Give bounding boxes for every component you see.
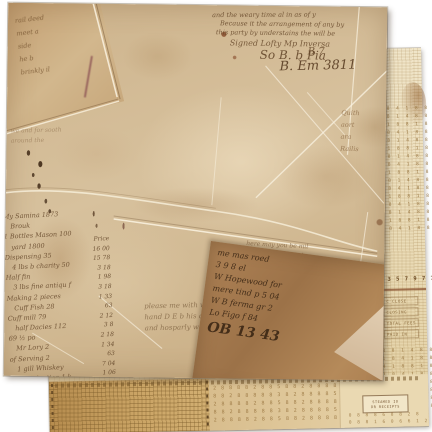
digit-row: 8 8 1 4 8 8 4 1 bbox=[379, 177, 432, 183]
script-line: Because it the arrangement of any by bbox=[220, 19, 344, 29]
ledger-line: Brouk bbox=[4, 220, 72, 231]
stamp-box-line: STEAMED IO bbox=[372, 399, 398, 404]
script-line: aort bbox=[341, 121, 360, 130]
script-line: around the bbox=[11, 136, 62, 144]
ledger-line: 1 gill Whiskey bbox=[10, 362, 78, 373]
back-sheet-bottom-strip: 2 8 8 8 8 2 8 8 5 8 8 2 8 8 8 8 5 8 8 8 … bbox=[49, 374, 428, 432]
ledger-handwriting-block: My Samina 1873 Brouk 1 Bottles Mason 100… bbox=[4, 210, 79, 381]
script-flourish: B 7 bbox=[308, 46, 325, 57]
faint-script-left: we and for sooth around the bbox=[10, 126, 61, 144]
digit-row: 4 1 8 8 1 8 8 4 bbox=[378, 146, 432, 152]
ledger-line: Half fin bbox=[6, 271, 74, 282]
tally-row: 2 8 8 8 8 2 8 8 5 8 8 2 8 8 8 8 5 8 bbox=[210, 415, 340, 424]
ledger-number: 1 34 bbox=[101, 340, 115, 348]
digit-row: 8 8 1 4 8 8 4 1 bbox=[382, 347, 432, 353]
form-section: STEAMED IO DR RECEIPTS 0 8 8 8 6 8 8 2 8… bbox=[339, 374, 429, 428]
micro-label-boxes: C CLOSE CLOSING TOTAL FEES PAID IN bbox=[383, 296, 419, 339]
digit-row: 1 8 4 1 8 8 1 4 bbox=[379, 201, 432, 207]
stamp-box-line: DR RECEIPTS bbox=[371, 404, 400, 409]
ledger-number: 63 bbox=[105, 302, 113, 309]
script-line: Railis bbox=[340, 145, 359, 154]
digit-row: 1 8 4 1 8 8 1 4 bbox=[378, 130, 432, 136]
ledger-line: 4 lbs b charity 50 bbox=[5, 260, 73, 271]
scrapbook-paper-product-photo: 1 8 4 1 8 8 1 4 8 8 1 4 8 8 4 1 4 1 8 8 … bbox=[0, 0, 432, 432]
ledger-line: Cuff mill 79 bbox=[8, 311, 76, 322]
script-line: we and for sooth bbox=[10, 126, 61, 134]
script-signature: B. Em 3811 bbox=[279, 58, 356, 75]
stamp-box: STEAMED IO DR RECEIPTS bbox=[362, 394, 408, 413]
ledger-line: Making 2 pieces bbox=[7, 291, 75, 302]
digit-row: 1 8 4 1 8 8 1 4 bbox=[378, 162, 432, 168]
ledger-number: 15 78 bbox=[93, 254, 111, 262]
ledger-number-column: Price 16 00 15 78 3 18 1 98 3 18 1 33 63… bbox=[75, 235, 116, 378]
ledger-line: 3 lbs fine antiqu f bbox=[6, 281, 74, 292]
script-line: this party by understains the will be bbox=[216, 28, 335, 37]
ledger-number: 16 00 bbox=[92, 245, 110, 253]
ledger-line: of Serving 2 bbox=[10, 352, 78, 363]
digit-row: 8 8 1 4 8 8 4 1 bbox=[378, 154, 432, 160]
faint-script-right: Quith aort ara Railis bbox=[340, 109, 360, 154]
digit-row: 0 8 8 1 6 0 6 6 1 2 bbox=[349, 419, 429, 426]
ledger-number: 1 06 bbox=[102, 369, 116, 377]
micro-label: PAID IN bbox=[384, 329, 419, 339]
corner-digit-rows: 0 8 8 8 6 8 8 2 8 0 8 8 1 6 0 6 6 1 2 bbox=[349, 412, 429, 426]
ledger-line: 1 Bottles Mason 100 bbox=[4, 230, 72, 241]
digit-row: 0 8 8 8 6 8 8 2 8 bbox=[349, 412, 429, 419]
digit-row: 4 1 8 8 1 8 8 4 bbox=[379, 193, 432, 199]
micro-label: CLOSING bbox=[383, 307, 418, 317]
ledger-line: Dispensing 35 bbox=[5, 250, 73, 261]
digit-row: 4 1 8 8 1 8 8 4 bbox=[383, 363, 432, 369]
digit-row: 1 8 4 1 8 8 1 4 bbox=[382, 355, 432, 361]
micro-label: TOTAL FEES bbox=[384, 318, 419, 328]
script-line: Quith bbox=[341, 109, 360, 118]
front-sheet-paper: rail deed meet a side he b brinkly il bbox=[4, 3, 388, 381]
ledger-number: 63 bbox=[107, 350, 115, 357]
ledger-number: 2 18 bbox=[100, 331, 114, 339]
script-line: ara bbox=[340, 133, 359, 142]
micro-label: C CLOSE bbox=[383, 296, 418, 306]
digit-row: 4 1 8 8 1 8 8 4 bbox=[379, 169, 432, 175]
ledger-number: Price bbox=[93, 235, 109, 243]
dark-scrap-script-lines: me mas roed 3 9 8 el W Hopewood for mere… bbox=[206, 248, 290, 345]
ledger-number: 3 18 bbox=[97, 264, 111, 272]
ledger-number: 3 8 bbox=[104, 321, 114, 328]
ledger-number: 1 33 bbox=[99, 293, 113, 301]
ledger-line: Cuff Fish 28 bbox=[7, 301, 75, 312]
ledger-line: half Dacies 112 bbox=[8, 321, 76, 332]
ledger-number: 1 98 bbox=[98, 273, 112, 281]
ledger-line: 69 ½ po bbox=[9, 332, 77, 343]
ledger-number: 3 18 bbox=[98, 283, 112, 291]
ledger-number: 2 12 bbox=[100, 312, 114, 320]
script-line: and the weary time al in as of y bbox=[212, 11, 316, 20]
digit-row: 8 8 1 4 8 8 4 1 bbox=[379, 209, 432, 215]
digit-row: 8 8 1 4 8 8 4 1 bbox=[378, 138, 432, 144]
bold-digit-band: 1 3 5 7 9 7 7 1 3 5 7 9 7 bbox=[379, 275, 432, 283]
ledger-number: 7 04 bbox=[102, 360, 116, 368]
ledger-line: Mr Lory 2 bbox=[9, 342, 77, 353]
digit-row: 1 8 4 1 8 8 1 4 bbox=[380, 225, 432, 231]
digit-row: 4 1 8 8 1 8 8 4 bbox=[380, 217, 432, 223]
digit-row: 1 8 4 1 8 8 1 4 bbox=[379, 185, 432, 191]
ledger-line: yard 1800 bbox=[4, 240, 72, 251]
